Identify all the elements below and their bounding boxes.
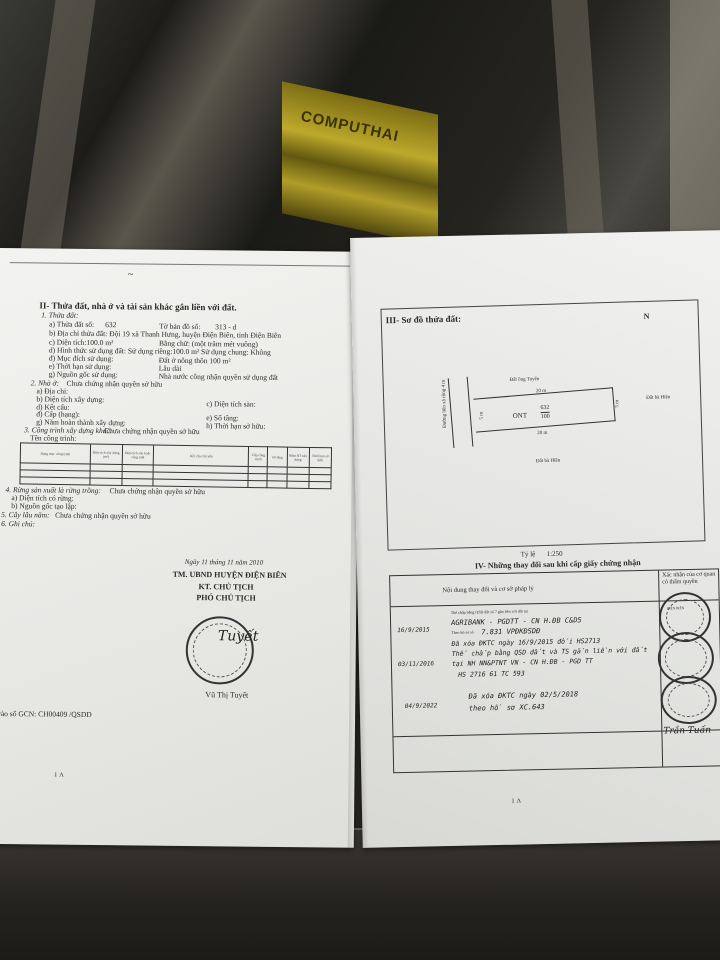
parcel-diagram: Đất ông Tuyến Đường liên xã rộng 4 m 20 …	[380, 299, 705, 550]
house-status: Chưa chứng nhận quyền sở hữu	[67, 380, 163, 390]
top-length: 20 m	[536, 389, 546, 395]
table-cell	[248, 480, 267, 487]
right-width: 5 m	[615, 400, 621, 408]
column-header: Cấp công trình	[249, 447, 268, 467]
scale-label: Tỷ lệ	[521, 550, 536, 558]
signer-name: Vũ Thị Tuyết	[205, 690, 248, 700]
registry-stamp-3	[660, 675, 717, 724]
perennial-status: Chưa chứng nhận quyền sở hữu	[55, 512, 151, 522]
notes-heading: 6. Ghi chú:	[1, 520, 35, 529]
south-neighbor: Đất bà Hiền	[536, 459, 560, 465]
other-works-status: Chưa chứng nhận quyền sở hữu	[104, 427, 200, 437]
left-width: 5 m	[479, 412, 485, 420]
table-cell	[309, 481, 331, 488]
parcel-area: 100	[541, 414, 550, 421]
table-surface	[0, 830, 720, 960]
signing-date: Ngày 11 tháng 11 năm 2010	[185, 558, 264, 567]
section-title-changes: IV- Những thay đổi sau khi cấp giấy chứn…	[475, 558, 641, 571]
origin: Nhà nước công nhận quyền sử dụng đất	[159, 373, 278, 383]
column-header: Kết cấu chủ yếu	[153, 445, 249, 466]
bottom-mark: ı ʌ	[512, 795, 521, 806]
signing-on-behalf: KT. CHỦ TỊCH	[198, 582, 253, 592]
certificate-page-right: III- Sơ đồ thửa đất: N Đất ông Tuyến Đườ…	[350, 230, 720, 848]
signing-org: TM. UBND HUYỆN ĐIỆN BIÊN	[173, 570, 287, 580]
column-header: Hạng mục công trình	[20, 443, 90, 464]
certificate-page-left: ~ II- Thửa đất, nhà ở và tài sản khác gắ…	[0, 248, 360, 848]
confirm-signer: Trần Tuấn	[663, 726, 711, 737]
house-ownership-term: h) Thời hạn sở hữu:	[206, 422, 265, 431]
forest-status: Chưa chứng nhận quyền sở hữu	[109, 487, 205, 497]
change-date-3: 04/9/2022	[405, 703, 438, 711]
parcel-number: 632	[540, 405, 549, 413]
bottom-length: 20 m	[537, 431, 547, 437]
other-works-table: Hạng mục công trìnhDiện tích xây dựng (m…	[19, 442, 332, 489]
column-header: Diện tích xây dựng (m²)	[90, 444, 122, 464]
glass-reflection	[670, 0, 720, 240]
change-text-2c: tại NH NN&PTNT VN - CN H.ĐB - PGD TT	[452, 658, 593, 668]
north-neighbor: Đất ông Tuyến	[510, 377, 540, 384]
scale-value: 1:250	[547, 550, 563, 558]
col-confirm-header: Xác nhận của cơ quan có thẩm quyền	[662, 571, 720, 586]
changes-table: Nội dung thay đổi và cơ sở pháp lý Xác n…	[389, 568, 720, 773]
change-date-1: 16/9/2015	[397, 627, 430, 635]
house-floor-area: c) Diện tích sàn:	[206, 400, 255, 409]
bottom-mark: ı ʌ	[54, 769, 63, 779]
table-cell	[286, 481, 308, 488]
signature-scribble: Tuyết	[218, 628, 259, 644]
change-text-1b: 7.831 VPĐKĐSDĐ	[481, 627, 540, 636]
column-header: Số tầng	[268, 447, 287, 467]
table-cell	[267, 481, 286, 488]
land-code: ONT	[513, 411, 528, 419]
change-printed-1: Thế chấp bằng QSD đất số 7 gắn liền với …	[451, 609, 528, 615]
change-text-3b: theo hồ sơ XC.643	[469, 703, 545, 713]
registry-number: vào sổ GCN: CH00409 /QSDD	[0, 710, 92, 720]
change-printed-1b: Theo hồ sơ số	[451, 630, 474, 635]
column-header: Thời hạn sở hữu	[309, 447, 332, 467]
fold-line	[10, 262, 350, 267]
change-text-2b: Thế chấp bằng QSD đất và TS gắn liền với…	[452, 647, 648, 659]
table-cell	[121, 479, 153, 486]
signing-title: PHÓ CHỦ TỊCH	[196, 593, 256, 603]
road-lines	[448, 377, 474, 448]
change-date-2: 03/11/2016	[398, 661, 434, 669]
stamp-label: ĐIỆN BIÊN	[667, 606, 684, 610]
col-content-header: Nội dung thay đổi và cơ sở pháp lý	[442, 585, 534, 594]
east-neighbor: Đất bà Hiền	[646, 395, 670, 401]
change-text-3a: Đã xóa ĐKTC ngày 02/5/2018	[469, 690, 579, 700]
table-cell	[20, 477, 90, 485]
column-header: Năm HT xây dựng	[287, 447, 310, 467]
dash-mark: ~	[128, 269, 134, 281]
official-seal	[185, 616, 254, 685]
column-header: Diện tích sàn hoặc công suất	[122, 445, 154, 465]
change-text-1a: AGRIBANK - PGDTT - CN H.ĐB C&D5	[451, 616, 582, 627]
table-cell	[90, 478, 122, 485]
change-text-2d: HS 2716 61 TC 593	[458, 670, 525, 679]
